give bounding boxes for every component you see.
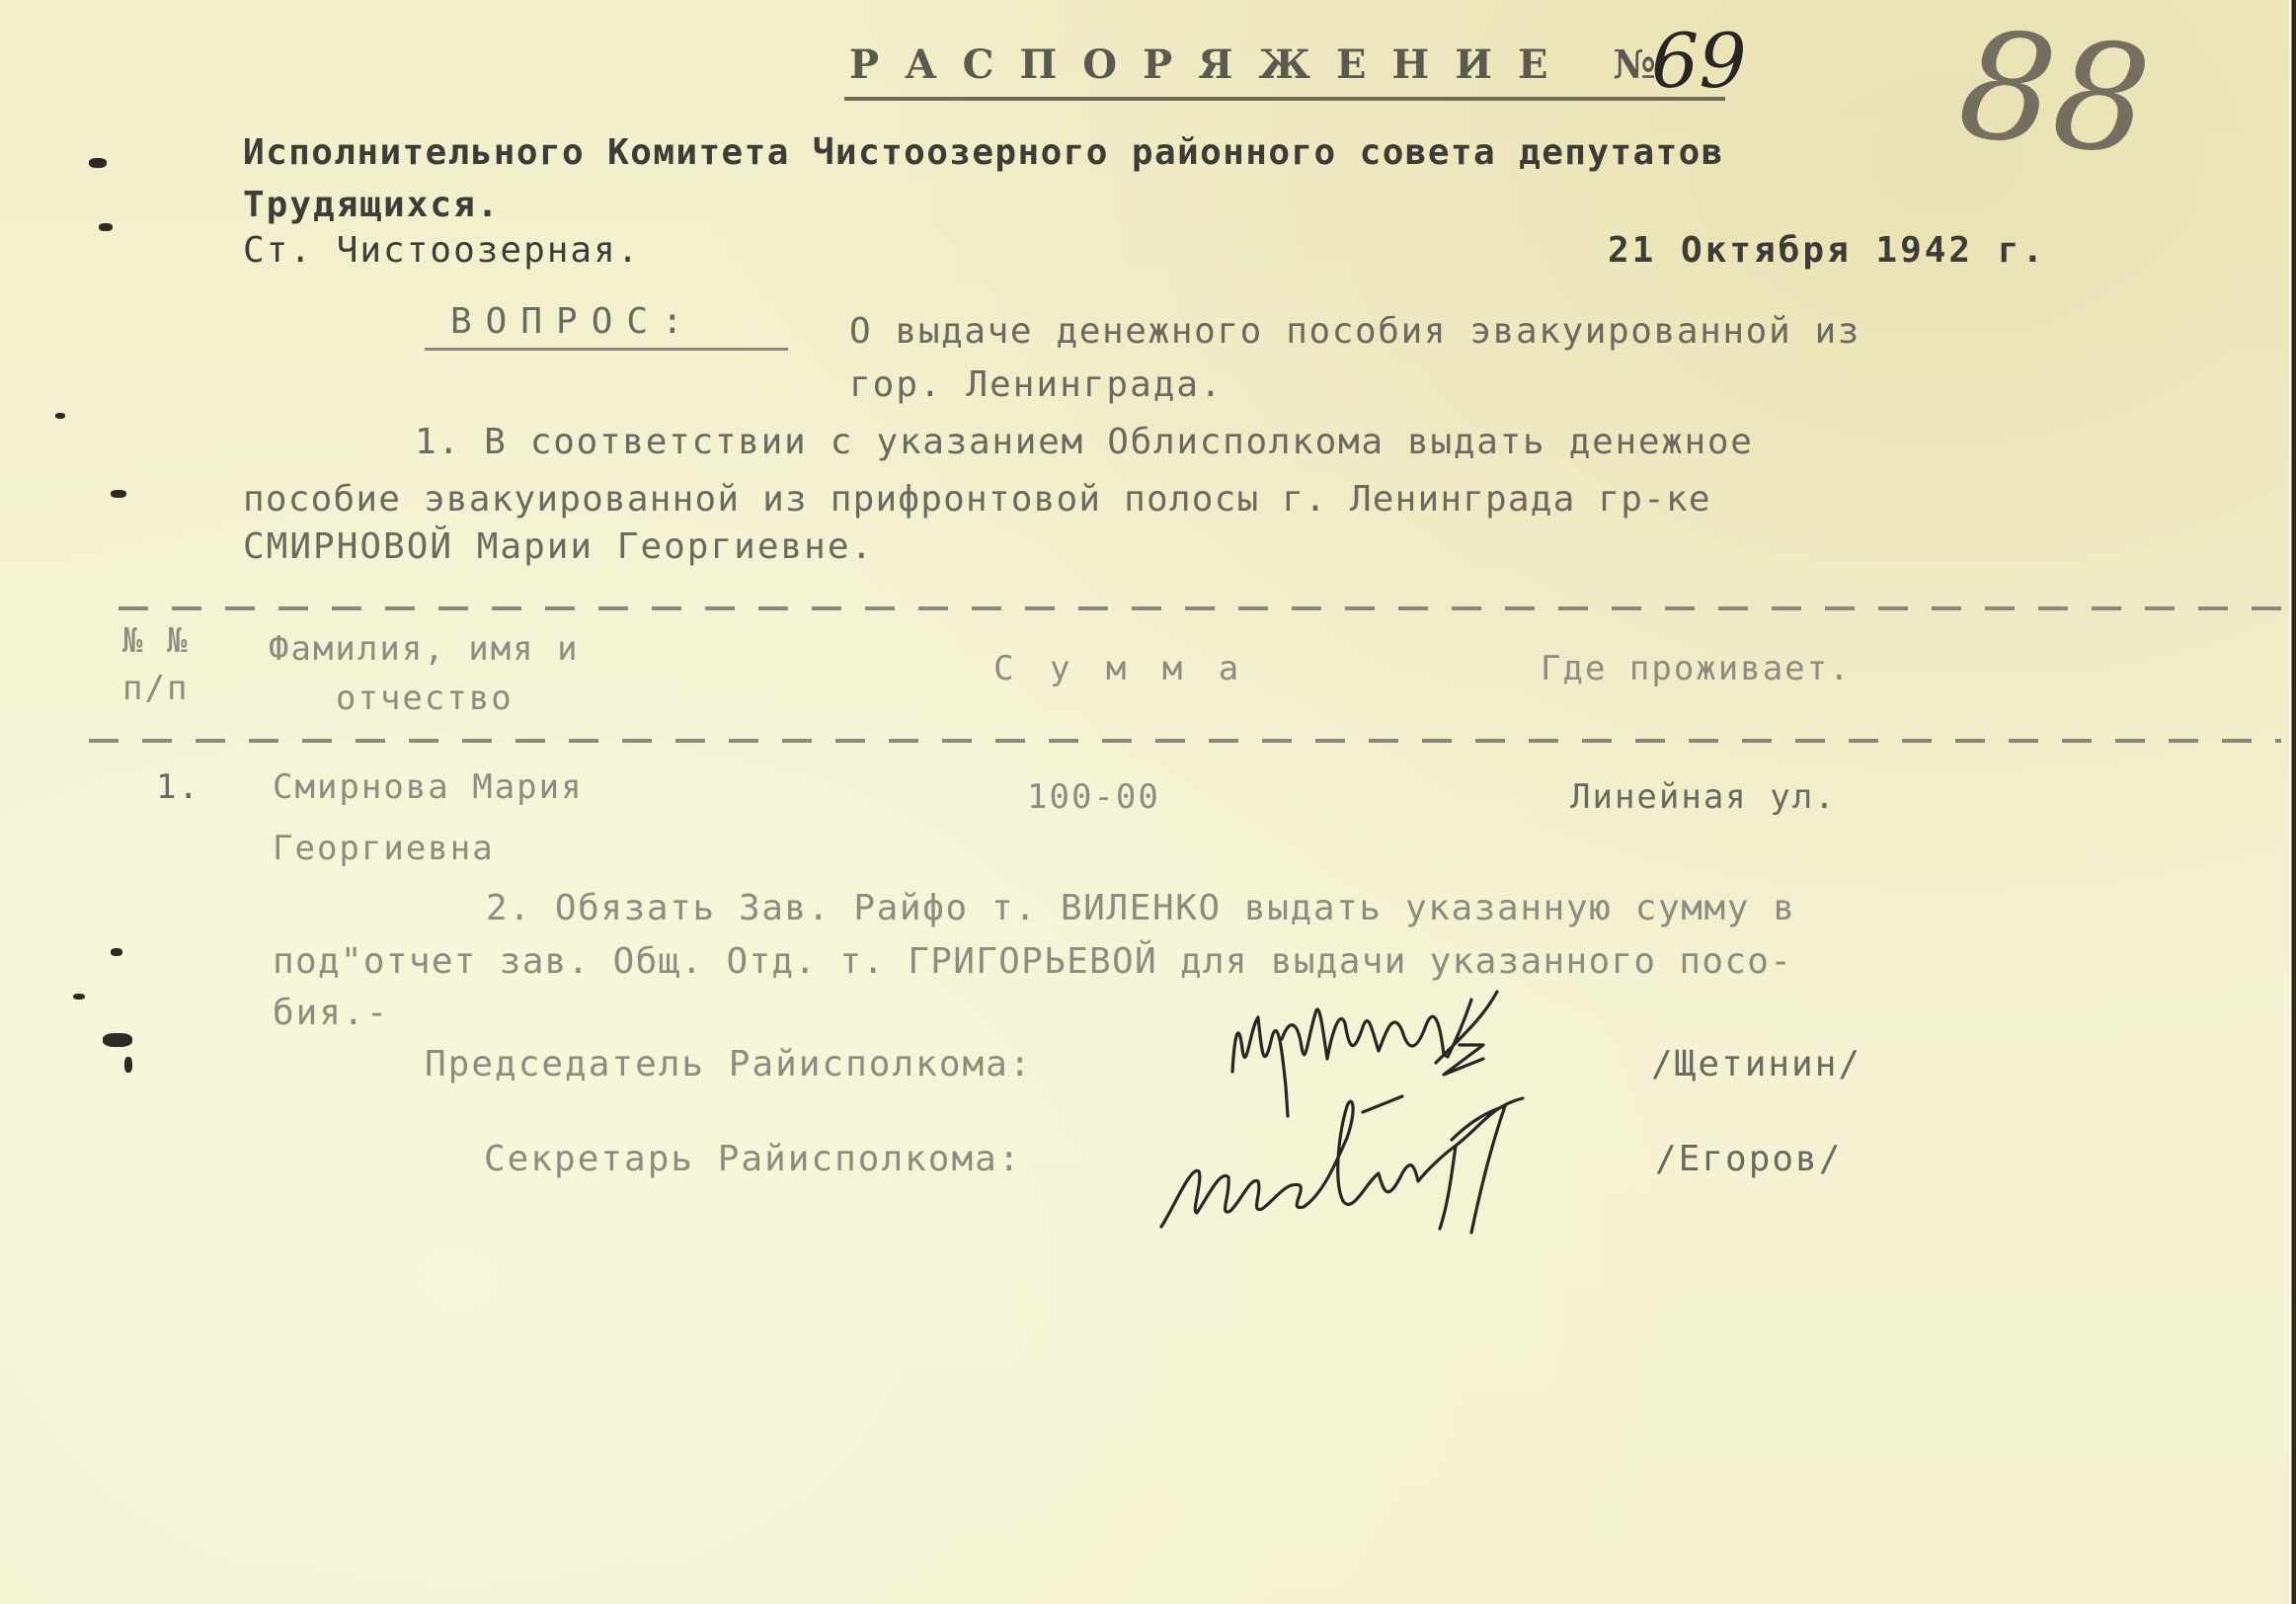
chairman-role: Председатель Райисполкома:	[425, 1047, 1033, 1083]
row-number: 1.	[156, 770, 200, 804]
table-header-name-1: Фамилия, имя и	[269, 632, 580, 666]
binding-hole	[99, 223, 113, 231]
question-text-line-2: гор. Ленинграда.	[849, 367, 1224, 403]
row-address: Линейная ул.	[1570, 780, 1837, 814]
archive-number: 88	[1953, 10, 2157, 177]
question-underline	[425, 348, 788, 351]
binding-hole	[111, 490, 126, 498]
table-header-number-2: п/п	[122, 672, 189, 705]
binding-hole	[124, 1057, 132, 1073]
document-title: РАСПОРЯЖЕНИЕ №	[849, 45, 1682, 85]
title-underline	[844, 97, 1725, 101]
paragraph-1-line-2: пособие эвакуированной из прифронтовой п…	[243, 482, 1711, 518]
paragraph-2-line-3: бия.-	[273, 996, 389, 1031]
binding-hole	[89, 158, 107, 168]
order-number: 69	[1651, 24, 1747, 99]
table-header-amount: С у м м а	[993, 652, 1246, 685]
row-name-line-2: Георгиевна	[273, 832, 495, 865]
question-text-line-1: О выдаче денежного пособия эвакуированно…	[849, 314, 1861, 350]
row-name-line-1: Смирнова Мария	[273, 770, 584, 804]
table-header-number-1: № №	[122, 624, 189, 658]
binding-hole	[103, 1033, 132, 1047]
place: Ст. Чистоозерная.	[243, 233, 640, 269]
row-amount: 100-00	[1027, 780, 1160, 814]
paragraph-2-line-2: под"отчет зав. Общ. Отд. т. ГРИГОРЬЕВОЙ …	[273, 944, 1792, 980]
binding-hole	[55, 413, 65, 419]
issuer-line-1: Исполнительного Комитета Чистоозерного р…	[243, 135, 1724, 171]
question-label: ВОПРОС:	[450, 304, 697, 340]
date: 21 Октября 1942 г.	[1608, 233, 2046, 269]
table-header-address: Где проживает.	[1541, 652, 1852, 685]
table-header-rule	[89, 739, 2281, 743]
paragraph-1-line-1: 1. В соответствии с указанием Облисполко…	[415, 425, 1754, 460]
binding-hole	[73, 994, 85, 1000]
secretary-role: Секретарь Райисполкома:	[484, 1142, 1022, 1177]
paragraph-1-line-3: СМИРНОВОЙ Марии Георгиевне.	[243, 529, 874, 565]
issuer-line-2: Трудящихся.	[243, 188, 500, 223]
table-top-rule	[119, 606, 2291, 610]
secretary-signature	[1155, 1086, 1748, 1244]
paragraph-2-line-1: 2. Обязать Зав. Райфо т. ВИЛЕНКО выдать …	[486, 891, 1796, 926]
binding-hole	[111, 948, 122, 956]
page-edge	[2289, 0, 2296, 1604]
table-header-name-2: отчество	[336, 682, 514, 715]
